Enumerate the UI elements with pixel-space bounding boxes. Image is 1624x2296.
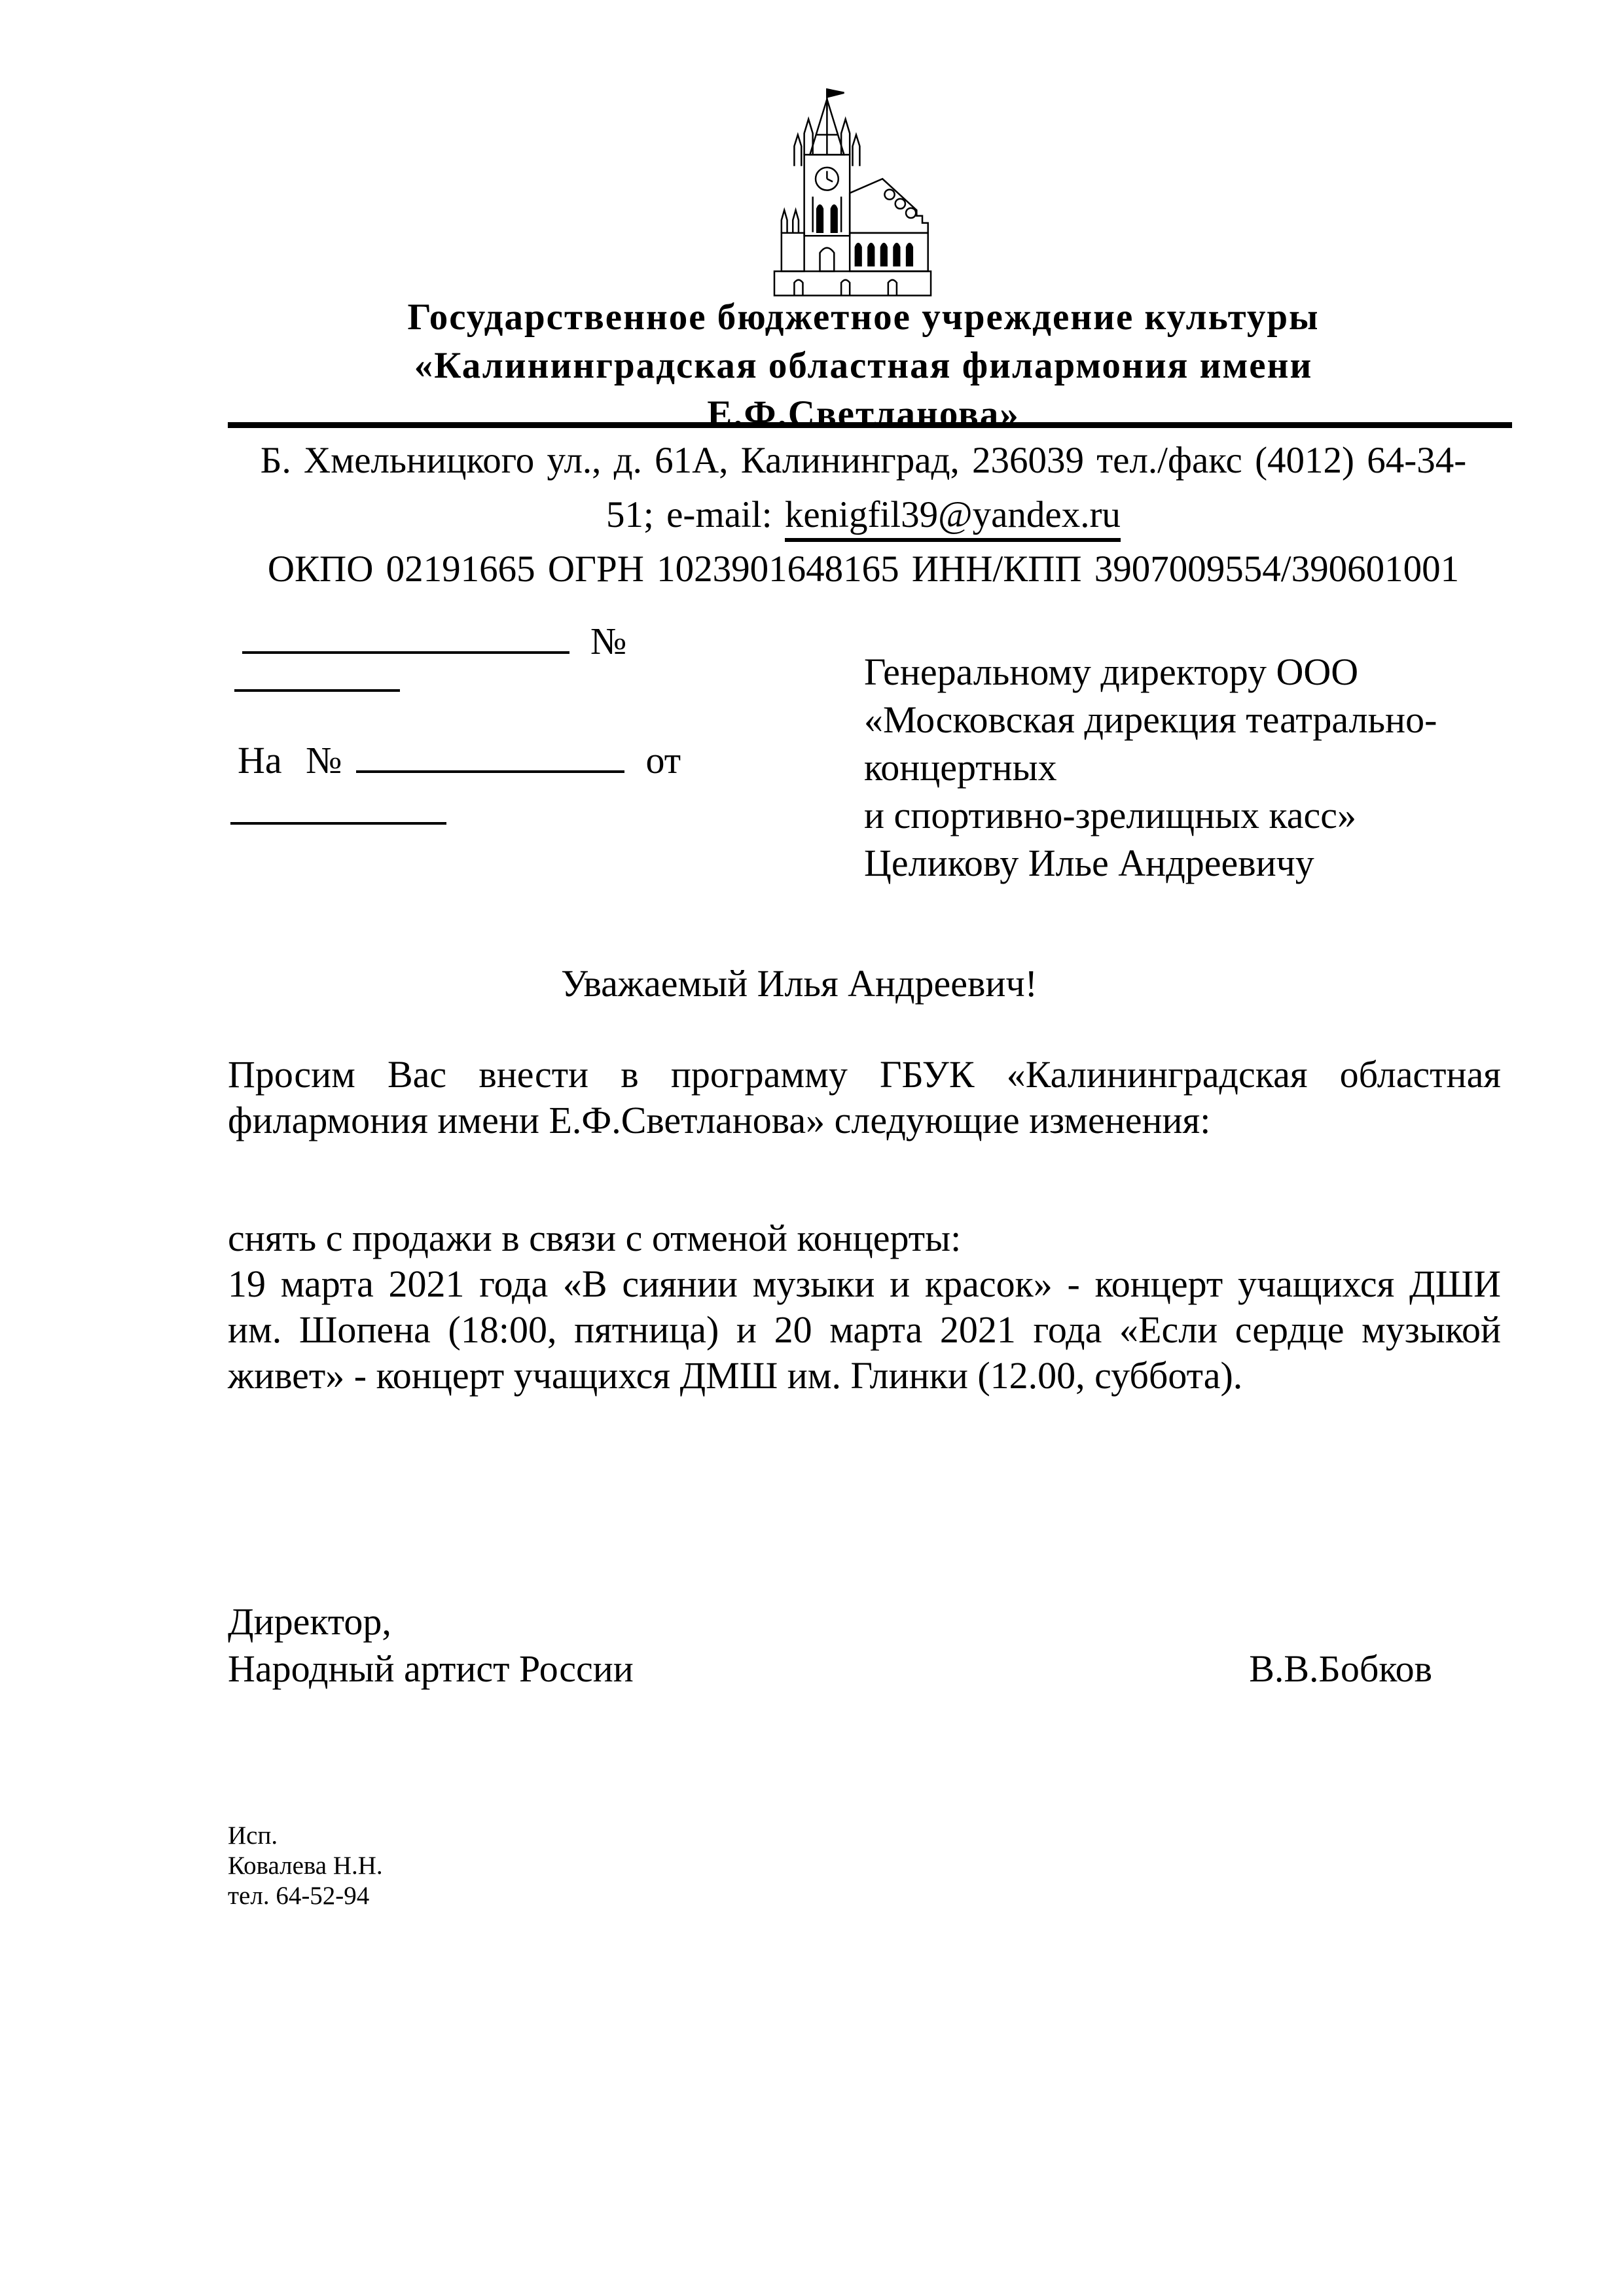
number-sign: № (590, 620, 626, 662)
registry-line: ОКПО 02191665 ОГРН 1023901648165 ИНН/КПП… (228, 542, 1499, 596)
signature-block: Директор, Народный артист России В.В.Боб… (228, 1598, 1432, 1693)
body-paragraph-1: Просим Вас внести в программу ГБУК «Кали… (228, 1052, 1501, 1143)
letter-page: Государственное бюджетное учреждение кул… (0, 0, 1624, 2296)
recipient-line: «Московская дирекция театрально- (864, 696, 1466, 744)
incoming-number-blank (356, 770, 624, 773)
executor-phone: тел. 64-52-94 (228, 1881, 383, 1911)
executor-block: Исп. Ковалева Н.Н. тел. 64-52-94 (228, 1821, 383, 1911)
outgoing-number-blank (234, 653, 400, 692)
org-name-line: Е.Ф.Светланова» (228, 390, 1499, 439)
signature-name: В.В.Бобков (1249, 1645, 1432, 1693)
signature-role-line-1: Директор, (228, 1598, 1432, 1645)
recipient-line: Целикову Илье Андреевичу (864, 839, 1466, 887)
email-link[interactable]: kenigfil39@yandex.ru (785, 494, 1121, 542)
recipient-line: Генеральному директору ООО (864, 648, 1466, 696)
org-name-line: Государственное бюджетное учреждение кул… (228, 293, 1499, 342)
body-line: Просим Вас внести в программу ГБУК «Кали… (228, 1052, 1501, 1098)
address-block: Б. Хмельницкого ул., д. 61А, Калининград… (228, 433, 1499, 596)
org-name-line: «Калининградская областная филармония им… (228, 342, 1499, 390)
incoming-suffix: от (645, 739, 681, 781)
executor-name: Ковалева Н.Н. (228, 1851, 383, 1881)
incoming-date-blank (230, 785, 446, 825)
body-line: снять с продажи в связи с отменой концер… (228, 1215, 1501, 1261)
incoming-prefix: На № (238, 739, 342, 781)
letterhead-divider (228, 422, 1512, 428)
recipient-block: Генеральному директору ООО «Московская д… (864, 648, 1466, 887)
body-line: 19 марта 2021 года «В сиянии музыки и кр… (228, 1261, 1501, 1307)
address-line-1: Б. Хмельницкого ул., д. 61А, Калининград… (228, 433, 1499, 488)
incoming-reference-line: На №от (238, 741, 681, 780)
address-line-2: 51; e-mail: kenigfil39@yandex.ru (228, 488, 1499, 542)
body-paragraph-2: снять с продажи в связи с отменой концер… (228, 1215, 1501, 1399)
salutation: Уважаемый Илья Андреевич! (561, 961, 1038, 1007)
body-line: им. Шопена (18:00, пятница) и 20 марта 2… (228, 1307, 1501, 1353)
recipient-line: и спортивно-зрелищных касс» (864, 791, 1466, 839)
body-line: живет» - концерт учащихся ДМШ им. Глинки… (228, 1353, 1501, 1399)
recipient-line: концертных (864, 744, 1466, 791)
executor-label: Исп. (228, 1821, 383, 1851)
org-name-block: Государственное бюджетное учреждение кул… (228, 293, 1499, 439)
signature-role-line-2: Народный артист России (228, 1645, 634, 1693)
cathedral-logo-icon (761, 86, 935, 300)
body-line: филармония имени Е.Ф.Светланова» следующ… (228, 1098, 1501, 1143)
